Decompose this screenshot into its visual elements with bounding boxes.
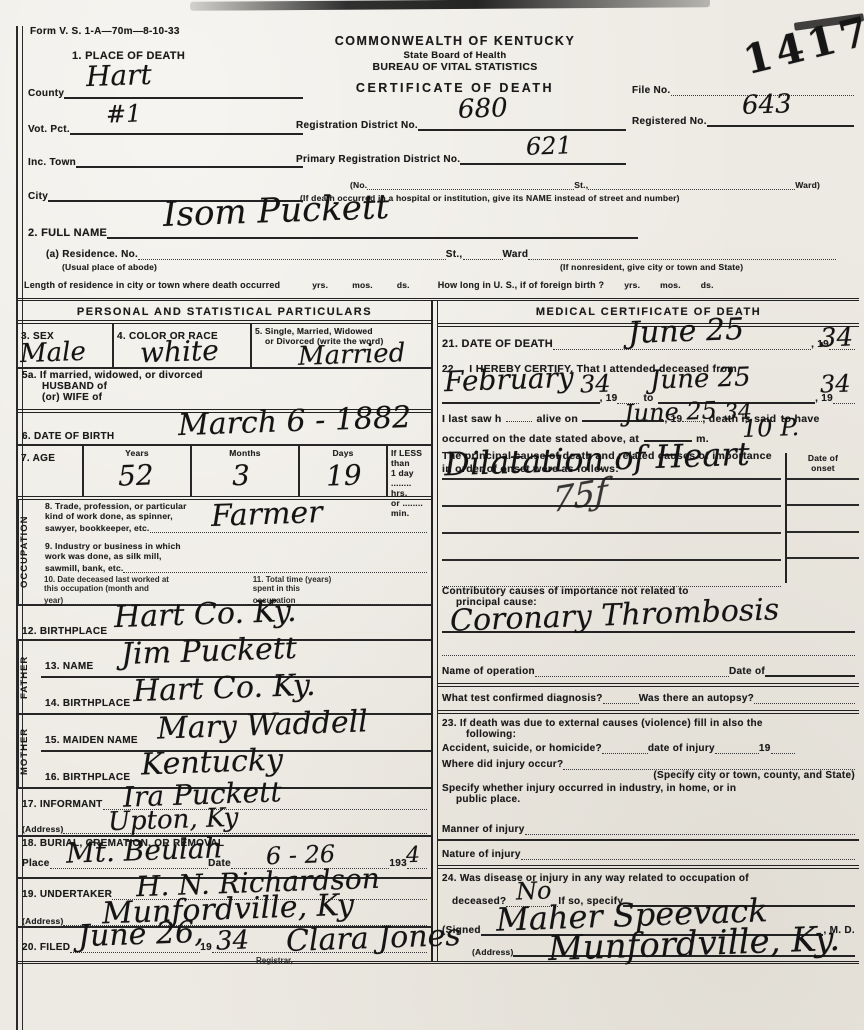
date-of-death-row: 21. DATE OF DEATH , 19 June 25 34 xyxy=(438,327,859,356)
industry-label3: sawmill, bank, etc. xyxy=(45,563,123,573)
contributory-label-1: Contributory causes of importance not re… xyxy=(442,586,855,597)
filed-year-value: 34 xyxy=(216,927,250,954)
filed-date-value: June 26, xyxy=(78,918,205,952)
marital-label: 5. Single, Married, Widowed xyxy=(255,326,428,336)
mother-name-label: 15. MAIDEN NAME xyxy=(45,735,138,746)
cause-line-3: 75ƒ xyxy=(442,507,781,534)
file-no-label: File No. xyxy=(632,85,671,96)
certificate-title: CERTIFICATE OF DEATH xyxy=(290,81,620,95)
commonwealth-title: COMMONWEALTH OF KENTUCKY xyxy=(290,34,620,48)
length-yrs: yrs. xyxy=(312,280,328,290)
registration-district-label: Registration District No. xyxy=(296,120,418,131)
primary-district-value: 621 xyxy=(526,133,573,159)
last-worked-label1: 10. Date deceased last worked at xyxy=(44,575,247,584)
occupation-related-block: 24. Was disease or injury in any way rel… xyxy=(438,869,859,961)
burial-year-printed: 193 xyxy=(389,858,407,869)
filed-label: 20. FILED xyxy=(22,942,70,953)
age-row: 7. AGE Years 52 Months 3 Days 19 If LESS… xyxy=(18,446,431,500)
trade-label3: sawyer, bookkeeper, etc. xyxy=(45,523,150,533)
manner-label: Manner of injury xyxy=(442,824,525,835)
age-years-value: 52 xyxy=(118,462,155,491)
industry-line xyxy=(123,561,427,573)
illegible-scribble: 75ƒ xyxy=(552,474,608,518)
length-mos: mos. xyxy=(352,280,373,290)
onset-line-1 xyxy=(787,480,859,506)
q23-specify-note: (Specify city or town, county, and State… xyxy=(442,770,855,781)
certify-to-year: 34 xyxy=(820,372,851,397)
onset-line-3 xyxy=(787,533,859,559)
test-label: What test confirmed diagnosis? xyxy=(442,693,603,704)
column-divider xyxy=(431,301,438,961)
last-worked-label3: year) xyxy=(44,596,63,605)
lastsaw-date-value: June 25 xyxy=(624,399,718,426)
q23-accident-label: Accident, suicide, or homicide? xyxy=(442,743,602,754)
residence-nonres-line xyxy=(528,248,836,260)
age-less-label: If LESS than xyxy=(391,448,428,468)
age-label-cell: 7. AGE xyxy=(18,446,82,496)
birthplace-value: Hart Co. Ky. xyxy=(114,597,297,633)
q23-injurydate-line xyxy=(715,742,759,754)
registrar-signature: Clara Jones xyxy=(286,921,462,957)
father-group: FATHER 13. NAME Jim Puckett 14. BIRTHPLA… xyxy=(18,641,431,715)
bureau-subtitle: BUREAU OF VITAL STATISTICS xyxy=(290,61,620,73)
industry-label1: 9. Industry or business in which xyxy=(45,541,427,551)
header-center: COMMONWEALTH OF KENTUCKY State Board of … xyxy=(290,34,620,95)
registered-no-label: Registered No. xyxy=(632,116,707,127)
informant-address-label: (Address) xyxy=(22,824,63,834)
inc-town-label: Inc. Town xyxy=(28,157,76,168)
undertaker-label: 19. UNDERTAKER xyxy=(22,889,112,900)
county-value: Hart xyxy=(86,61,153,91)
occupation-vertical-label: OCCUPATION xyxy=(18,500,41,604)
county-row: County Hart xyxy=(28,86,303,99)
mother-vertical-label: MOTHER xyxy=(18,715,41,787)
spouse-label2: HUSBAND of xyxy=(42,381,427,392)
precinct-line xyxy=(70,122,303,135)
death-certificate-scan: Form V. S. 1-A—70m—8-10-33 1. PLACE OF D… xyxy=(0,0,864,1030)
onset-line-2 xyxy=(787,506,859,532)
street-row: (No. St., Ward) xyxy=(350,178,820,190)
city-label: City xyxy=(28,191,48,202)
medical-column: MEDICAL CERTIFICATE OF DEATH 21. DATE OF… xyxy=(438,301,859,961)
inc-town-line xyxy=(76,155,303,168)
operation-date-label: Date of xyxy=(729,666,765,677)
inc-town-row: Inc. Town xyxy=(28,155,303,168)
mother-name-value: Mary Waddell xyxy=(157,708,369,745)
age-years-cell: Years 52 xyxy=(82,446,190,496)
occupation-group: OCCUPATION 8. Trade, profession, or part… xyxy=(18,500,431,606)
sex-race-marital-row: 3. SEX Male 4. COLOR OR RACE white 5. Si… xyxy=(18,324,431,369)
registration-district-value: 680 xyxy=(458,95,509,123)
nature-line xyxy=(521,848,855,860)
father-birthplace-value: Hart Co. Ky. xyxy=(133,671,316,707)
lastsaw-h-line xyxy=(506,410,532,422)
manner-line xyxy=(525,823,855,835)
dob-label: 6. DATE OF BIRTH xyxy=(22,431,114,442)
q23-accident-line xyxy=(602,742,648,754)
registered-no-row: Registered No. 643 xyxy=(632,114,854,127)
full-name-label: 2. FULL NAME xyxy=(28,227,107,239)
spouse-label: 5a. If married, widowed, or divorced xyxy=(22,370,427,381)
marital-value: Married xyxy=(298,340,406,370)
abode-note: (Usual place of abode) xyxy=(62,262,157,272)
age-months-cell: Months 3 xyxy=(190,446,298,496)
certify-to-date: June 25 xyxy=(650,364,752,393)
marital-cell: 5. Single, Married, Widowed or Divorced … xyxy=(252,324,431,367)
autopsy-line xyxy=(754,692,855,704)
occupation-rows: 8. Trade, profession, or particular kind… xyxy=(41,500,431,604)
signed-address-label: (Address) xyxy=(472,947,513,957)
county-label: County xyxy=(28,88,64,99)
undertaker-address-label: (Address) xyxy=(22,916,63,926)
father-vertical-label: FATHER xyxy=(18,641,41,713)
age-months-value: 3 xyxy=(232,462,251,491)
cause-line-4 xyxy=(442,534,781,561)
registered-no-value: 643 xyxy=(742,91,793,119)
personal-title: PERSONAL AND STATISTICAL PARTICULARS xyxy=(77,306,372,318)
q23-label-1: 23. If death was due to external causes … xyxy=(442,718,855,729)
sex-cell: 3. SEX Male xyxy=(18,324,114,367)
industry-label2: work was done, as silk mill, xyxy=(45,551,427,561)
operation-label: Name of operation xyxy=(442,666,535,677)
contributory-extra-line xyxy=(438,643,859,659)
q24-label-1: 24. Was disease or injury in any way rel… xyxy=(442,873,855,884)
foreign-mos: mos. xyxy=(660,280,681,290)
precinct-label: Vot. Pct. xyxy=(28,124,70,135)
street-st-label: St., xyxy=(574,180,588,190)
operation-date-line xyxy=(765,664,855,677)
board-subtitle: State Board of Health xyxy=(290,50,620,61)
length-label: Length of residence in city or town wher… xyxy=(24,280,280,290)
age-label: 7. AGE xyxy=(21,453,55,464)
lastsaw-1: I last saw h xyxy=(442,413,502,425)
cause-lines: Dilatation of Heart 75ƒ xyxy=(438,453,785,583)
birthplace-label: 12. BIRTHPLACE xyxy=(22,626,107,637)
length-ds: ds. xyxy=(397,280,410,290)
length-of-residence-row: Length of residence in city or town wher… xyxy=(24,280,854,290)
street-line2 xyxy=(588,178,795,190)
residence-st-label: St., xyxy=(446,249,463,260)
q23-19: 19 xyxy=(759,743,771,754)
street-line xyxy=(367,178,574,190)
race-value: white xyxy=(140,337,220,368)
form-number: Form V. S. 1-A—70m—8-10-33 xyxy=(30,26,180,37)
father-rows: 13. NAME Jim Puckett 14. BIRTHPLACE Hart… xyxy=(41,641,431,713)
operation-row: Name of operation Date of xyxy=(438,659,859,687)
nonresident-note: (If nonresident, give city or town and S… xyxy=(560,262,743,272)
registration-district-row: Registration District No. 680 xyxy=(296,118,626,131)
father-name-label: 13. NAME xyxy=(45,661,94,672)
q23-label-2: following: xyxy=(466,729,855,740)
primary-district-label: Primary Registration District No. xyxy=(296,154,460,165)
q23-where-line xyxy=(563,758,855,770)
certificate-stamp-number: 14179 xyxy=(739,0,864,84)
q23-industry-label: Specify whether injury occurred in indus… xyxy=(442,783,855,794)
age-less-cell: If LESS than 1 day ........ hrs. or ....… xyxy=(386,446,431,496)
total-time-line xyxy=(295,593,428,605)
burial-year-value: 4 xyxy=(406,845,421,867)
time-value: 10 P. xyxy=(742,415,800,441)
mother-birthplace-label: 16. BIRTHPLACE xyxy=(45,772,130,783)
scan-smudge-top xyxy=(190,0,710,11)
q23-19-line xyxy=(771,742,795,754)
date-of-death-year-value: 34 xyxy=(820,324,854,351)
q23-where-label: Where did injury occur? xyxy=(442,759,563,770)
certificate-body: PERSONAL AND STATISTICAL PARTICULARS 3. … xyxy=(18,298,859,964)
age-years-label: Years xyxy=(87,448,187,458)
father-birthplace-label: 14. BIRTHPLACE xyxy=(45,698,130,709)
burial-place-label: Place xyxy=(22,858,50,869)
personal-title-row: PERSONAL AND STATISTICAL PARTICULARS xyxy=(18,301,431,324)
residence-label: (a) Residence. No. xyxy=(46,249,138,260)
certify-from-month: February xyxy=(444,364,575,397)
date-of-death-label: 21. DATE OF DEATH xyxy=(442,338,553,350)
last-worked-label2: this occupation (month and xyxy=(44,584,247,593)
foreign-label: How long in U. S., if of foreign birth ? xyxy=(438,280,604,290)
filed-row: 20. FILED 19 Registrar, June 26, 34 Clar… xyxy=(18,928,431,961)
total-time-label1: 11. Total time (years) xyxy=(253,575,428,584)
external-causes-block: 23. If death was due to external causes … xyxy=(438,714,859,813)
foreign-ds: ds. xyxy=(701,280,714,290)
dob-row: 6. DATE OF BIRTH March 6 - 1882 xyxy=(18,413,431,446)
primary-district-row: Primary Registration District No. 621 xyxy=(296,152,626,165)
precinct-value: #1 xyxy=(106,101,142,126)
street-ward-label: Ward) xyxy=(795,180,820,190)
q23-publicplace-label: public place. xyxy=(456,794,855,805)
operation-line xyxy=(535,665,729,677)
race-cell: 4. COLOR OR RACE white xyxy=(114,324,252,367)
trade-value: Farmer xyxy=(211,498,324,532)
informant-label: 17. INFORMANT xyxy=(22,799,103,810)
nature-of-injury-row: Nature of injury xyxy=(438,841,859,869)
father-name-value: Jim Puckett xyxy=(121,634,298,670)
sex-value: Male xyxy=(20,339,87,367)
precinct-row: Vot. Pct. #1 xyxy=(28,122,303,135)
informant-row: 17. INFORMANT (Address) Ira Puckett Upto… xyxy=(18,789,431,837)
residence-line xyxy=(138,248,446,260)
manner-of-injury-row: Manner of injury xyxy=(438,814,859,842)
cause-line-2 xyxy=(442,480,781,507)
full-name-value: Isom Puckett xyxy=(162,190,389,232)
full-name-row: 2. FULL NAME Isom Puckett xyxy=(28,226,638,239)
extra-dotted-line xyxy=(442,644,855,656)
foreign-yrs: yrs. xyxy=(624,280,640,290)
q23-injurydate-label: date of injury xyxy=(648,743,715,754)
total-time-label2: spent in this xyxy=(253,584,428,593)
nature-label: Nature of injury xyxy=(442,849,521,860)
date-of-death-value: June 25 xyxy=(628,315,745,349)
residence-ward-label: Ward xyxy=(503,249,529,260)
age-days-label: Days xyxy=(303,448,383,458)
autopsy-row: What test confirmed diagnosis? Was there… xyxy=(438,687,859,715)
age-less2: 1 day ........ hrs. xyxy=(391,468,428,498)
personal-column: PERSONAL AND STATISTICAL PARTICULARS 3. … xyxy=(18,301,431,961)
age-months-label: Months xyxy=(195,448,295,458)
age-days-cell: Days 19 xyxy=(298,446,386,496)
residence-row: (a) Residence. No. St., Ward xyxy=(46,248,836,260)
autopsy-label: Was there an autopsy? xyxy=(639,693,754,704)
contributory-block: Contributory causes of importance not re… xyxy=(438,583,859,643)
onset-line-4 xyxy=(787,559,859,583)
signed-label: (Signed xyxy=(442,925,481,936)
certify-from-year: 34 xyxy=(580,372,611,397)
burial-place-value: Mt. Beulah xyxy=(66,834,223,867)
lastsaw-2: alive on xyxy=(537,413,579,425)
cause-line-1: Dilatation of Heart xyxy=(442,453,781,480)
registration-district-line xyxy=(418,118,626,131)
age-days-value: 19 xyxy=(326,462,363,491)
test-line xyxy=(603,692,639,704)
dob-value: March 6 - 1882 xyxy=(178,403,412,441)
residence-ward-line xyxy=(463,248,503,260)
trade-row: 8. Trade, profession, or particular kind… xyxy=(41,500,431,540)
physician-address-value: Munfordville, Ky. xyxy=(547,922,840,966)
industry-row: 9. Industry or business in which work wa… xyxy=(41,540,431,574)
